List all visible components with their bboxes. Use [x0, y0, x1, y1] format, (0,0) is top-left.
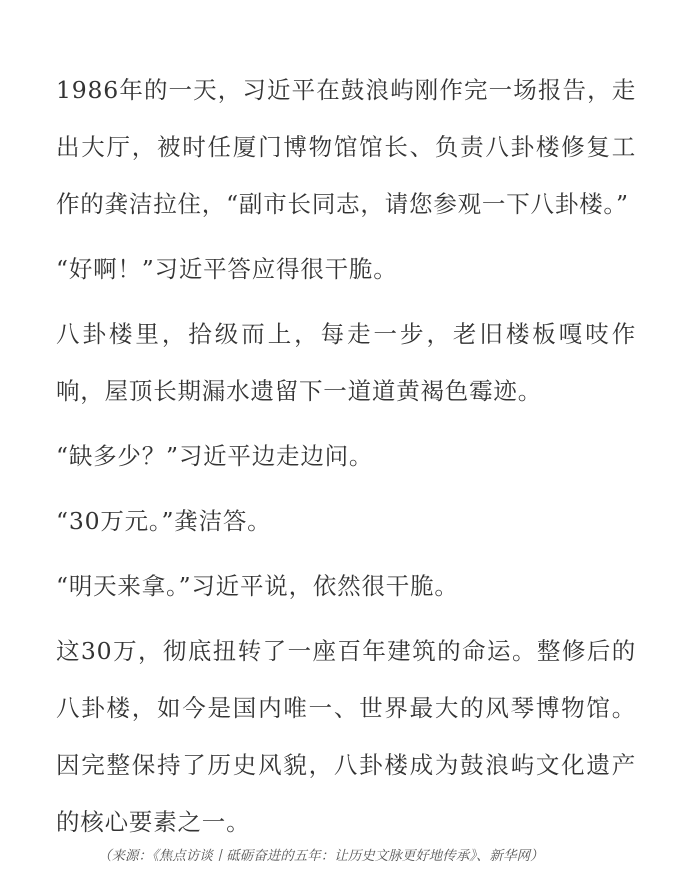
source-citation: （来源：《焦点访谈丨砥砺奋进的五年：让历史文脉更好地传承》、新华网） — [98, 844, 658, 868]
paragraph-2: “好啊！”习近平答应得很干脆。 — [56, 241, 636, 298]
paragraph-6: “明天来拿。”习近平说，依然很干脆。 — [56, 558, 636, 615]
paragraph-5: “30万元。”龚洁答。 — [56, 493, 636, 550]
paragraph-3: 八卦楼里，拾级而上，每走一步，老旧楼板嘎吱作响，屋顶长期漏水遗留下一道道黄褐色霉… — [56, 306, 636, 420]
paragraph-1: 1986年的一天，习近平在鼓浪屿刚作完一场报告，走出大厅，被时任厦门博物馆馆长、… — [56, 62, 636, 233]
paragraph-4: “缺多少？”习近平边走边问。 — [56, 428, 636, 485]
paragraph-7: 这30万，彻底扭转了一座百年建筑的命运。整修后的八卦楼，如今是国内唯一、世界最大… — [56, 623, 636, 851]
article-body: 1986年的一天，习近平在鼓浪屿刚作完一场报告，走出大厅，被时任厦门博物馆馆长、… — [56, 62, 636, 859]
